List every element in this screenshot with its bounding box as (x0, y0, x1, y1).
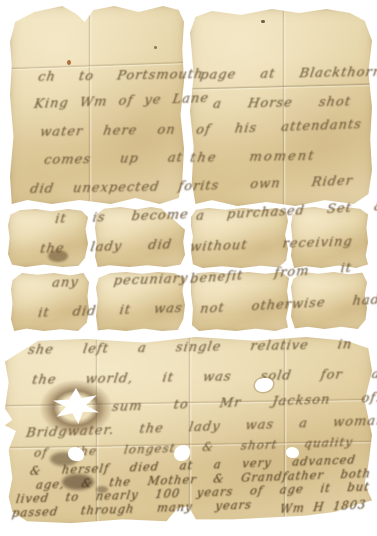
handwriting-line: did unexpected for (29, 179, 202, 197)
handwriting-line: page at Blackthorn (199, 65, 377, 83)
handwriting-line: ch to Portsmouth (37, 67, 205, 85)
ink-stain (48, 250, 68, 262)
paper-hole (68, 447, 84, 461)
dark-speck (261, 20, 265, 23)
ink-stain (62, 474, 94, 490)
dark-speck (154, 46, 157, 49)
fold-crease (183, 82, 377, 91)
handwriting-line: the moment (189, 149, 317, 166)
rust-speck (67, 60, 71, 65)
paper-hole (286, 447, 299, 458)
handwriting-line: water here on (39, 123, 177, 140)
handwriting-line: a Horse shot (212, 95, 352, 112)
letter-photo: ch to Portsmouth page at Blackthorn King… (0, 0, 377, 536)
ink-stain (96, 486, 108, 493)
handwriting-line: comes up at (43, 151, 184, 168)
